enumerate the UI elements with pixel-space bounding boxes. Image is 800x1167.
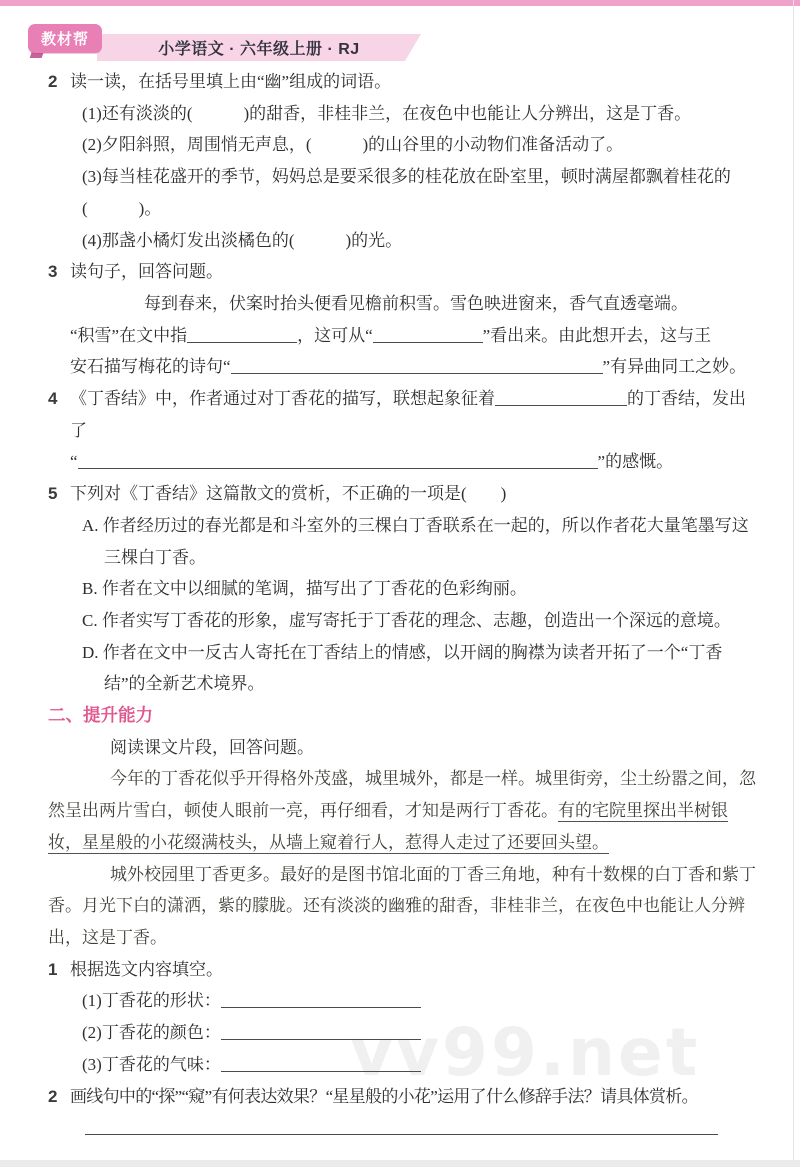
text-segment: ”有异曲同工之妙。	[603, 357, 747, 376]
fill-in-blank	[78, 454, 598, 469]
question-4-number: 4	[48, 383, 70, 415]
question-2-number: 2	[48, 66, 70, 98]
text-segment: ”看出来。由此想开去，这与王	[483, 326, 712, 345]
s2-question-1-number: 1	[48, 954, 70, 986]
q5-option-d: D. 作者在文中一反古人寄托在丁香结上的情感，以开阔的胸襟为读者开拓了一个“丁香…	[48, 637, 756, 700]
question-2-text: 读一读，在括号里填上由“幽”组成的词语。	[70, 72, 391, 91]
fill-in-blank	[221, 993, 421, 1008]
fill-in-blank	[85, 1120, 718, 1135]
q5-option-b: B. 作者在文中以细腻的笔调，描写出了丁香花的色彩绚丽。	[48, 573, 756, 605]
question-4-text: 《丁香结》中，作者通过对丁香花的描写，联想起象征着的丁香结，发出了	[70, 389, 746, 440]
text-segment: ，这可从“	[297, 326, 373, 345]
text-segment: (2)丁香花的颜色：	[82, 1023, 221, 1042]
q2-item-1: (1)还有淡淡的( )的甜香，非桂非兰，在夜色中也能让人分辨出，这是丁香。	[48, 98, 756, 130]
text-segment: 城外校园里丁香更多。最好的是图书馆北面的丁香三角地，种有十数棵的白丁香和紫丁香。…	[48, 865, 756, 947]
fill-in-blank	[231, 359, 603, 374]
q3-quoted-sentence: 每到春来，伏案时抬头便看见檐前积雪。雪色映进窗来，香气直透毫端。	[48, 288, 756, 320]
q2-item-4: (4)那盏小橘灯发出淡橘色的( )的光。	[48, 225, 756, 257]
text-segment: 《丁香结》中，作者通过对丁香花的描写，联想起象征着	[70, 389, 495, 408]
q5-option-a: A. 作者经历过的春光都是和斗室外的三棵白丁香联系在一起的，所以作者花大量笔墨写…	[48, 510, 756, 573]
worksheet-content: 2读一读，在括号里填上由“幽”组成的词语。 (1)还有淡淡的( )的甜香，非桂非…	[0, 66, 800, 1144]
s2-q2-answer-line	[48, 1112, 756, 1144]
question-3-stem: 3读句子，回答问题。	[48, 256, 756, 288]
question-5-number: 5	[48, 478, 70, 510]
reading-instruction: 阅读课文片段，回答问题。	[48, 732, 756, 764]
passage-paragraph-1: 今年的丁香花似乎开得格外茂盛，城里城外，都是一样。城里街旁，尘土纷嚣之间，忽然呈…	[48, 763, 756, 858]
s2-question-2-text: 画线句中的“探”“窥”有何表达效果？“星星般的小花”运用了什么修辞手法？请具体赏…	[70, 1087, 698, 1106]
book-title-banner: 小学语文 · 六年级上册 · RJ	[97, 34, 421, 61]
text-segment: (1)丁香花的形状：	[82, 991, 221, 1010]
s2-q1-item-2: (2)丁香花的颜色：	[48, 1017, 756, 1049]
q3-fill-line-2: 安石描写梅花的诗句“”有异曲同工之妙。	[48, 351, 756, 383]
text-segment: ”的感慨。	[598, 452, 674, 471]
text-segment: 安石描写梅花的诗句“	[70, 357, 231, 376]
q2-item-3: (3)每当桂花盛开的季节，妈妈总是要采很多的桂花放在卧室里，顿时满屋都飘着桂花的…	[48, 161, 756, 224]
s2-question-1-text: 根据选文内容填空。	[70, 960, 223, 979]
q5-option-c: C. 作者实写丁香花的形象，虚写寄托于丁香花的理念、志趣，创造出一个深远的意境。	[48, 605, 756, 637]
fill-in-blank	[187, 328, 297, 343]
fill-in-blank	[221, 1025, 421, 1040]
s2-q1-item-1: (1)丁香花的形状：	[48, 985, 756, 1017]
passage-paragraph-2: 城外校园里丁香更多。最好的是图书馆北面的丁香三角地，种有十数棵的白丁香和紫丁香。…	[48, 859, 756, 954]
question-5-text: 下列对《丁香结》这篇散文的赏析，不正确的一项是( )	[70, 484, 506, 503]
text-segment: “	[70, 452, 78, 471]
q3-fill-line-1: “积雪”在文中指，这可从“”看出来。由此想开去，这与王	[48, 320, 756, 352]
section-heading: 二、提升能力	[48, 700, 756, 732]
s2-question-2-number: 2	[48, 1081, 70, 1113]
fill-in-blank	[221, 1057, 421, 1072]
top-edge-strip	[0, 0, 800, 6]
s2-question-1-stem: 1根据选文内容填空。	[48, 954, 756, 986]
q4-fill-line-2: “”的感慨。	[48, 446, 756, 478]
question-3-text: 读句子，回答问题。	[70, 262, 223, 281]
text-segment: “积雪”在文中指	[70, 326, 187, 345]
question-2-stem: 2读一读，在括号里填上由“幽”组成的词语。	[48, 66, 756, 98]
question-3-number: 3	[48, 256, 70, 288]
s2-q1-item-3: (3)丁香花的气味：	[48, 1049, 756, 1081]
brand-badge: 教材帮	[28, 24, 102, 53]
question-5-stem: 5下列对《丁香结》这篇散文的赏析，不正确的一项是( )	[48, 478, 756, 510]
fill-in-blank	[495, 391, 627, 406]
q2-item-2: (2)夕阳斜照，周围悄无声息，( )的山谷里的小动物们准备活动了。	[48, 129, 756, 161]
worksheet-page: vv99.net 教材帮 小学语文 · 六年级上册 · RJ 2读一读，在括号里…	[0, 0, 800, 1167]
book-title: 小学语文 · 六年级上册 · RJ	[158, 36, 359, 59]
s2-question-2-stem: 2画线句中的“探”“窥”有何表达效果？“星星般的小花”运用了什么修辞手法？请具体…	[48, 1081, 756, 1113]
text-segment: (3)丁香花的气味：	[82, 1055, 221, 1074]
bottom-edge-strip	[0, 1160, 800, 1167]
question-4-stem: 4《丁香结》中，作者通过对丁香花的描写，联想起象征着的丁香结，发出了	[48, 383, 756, 446]
fill-in-blank	[373, 328, 483, 343]
